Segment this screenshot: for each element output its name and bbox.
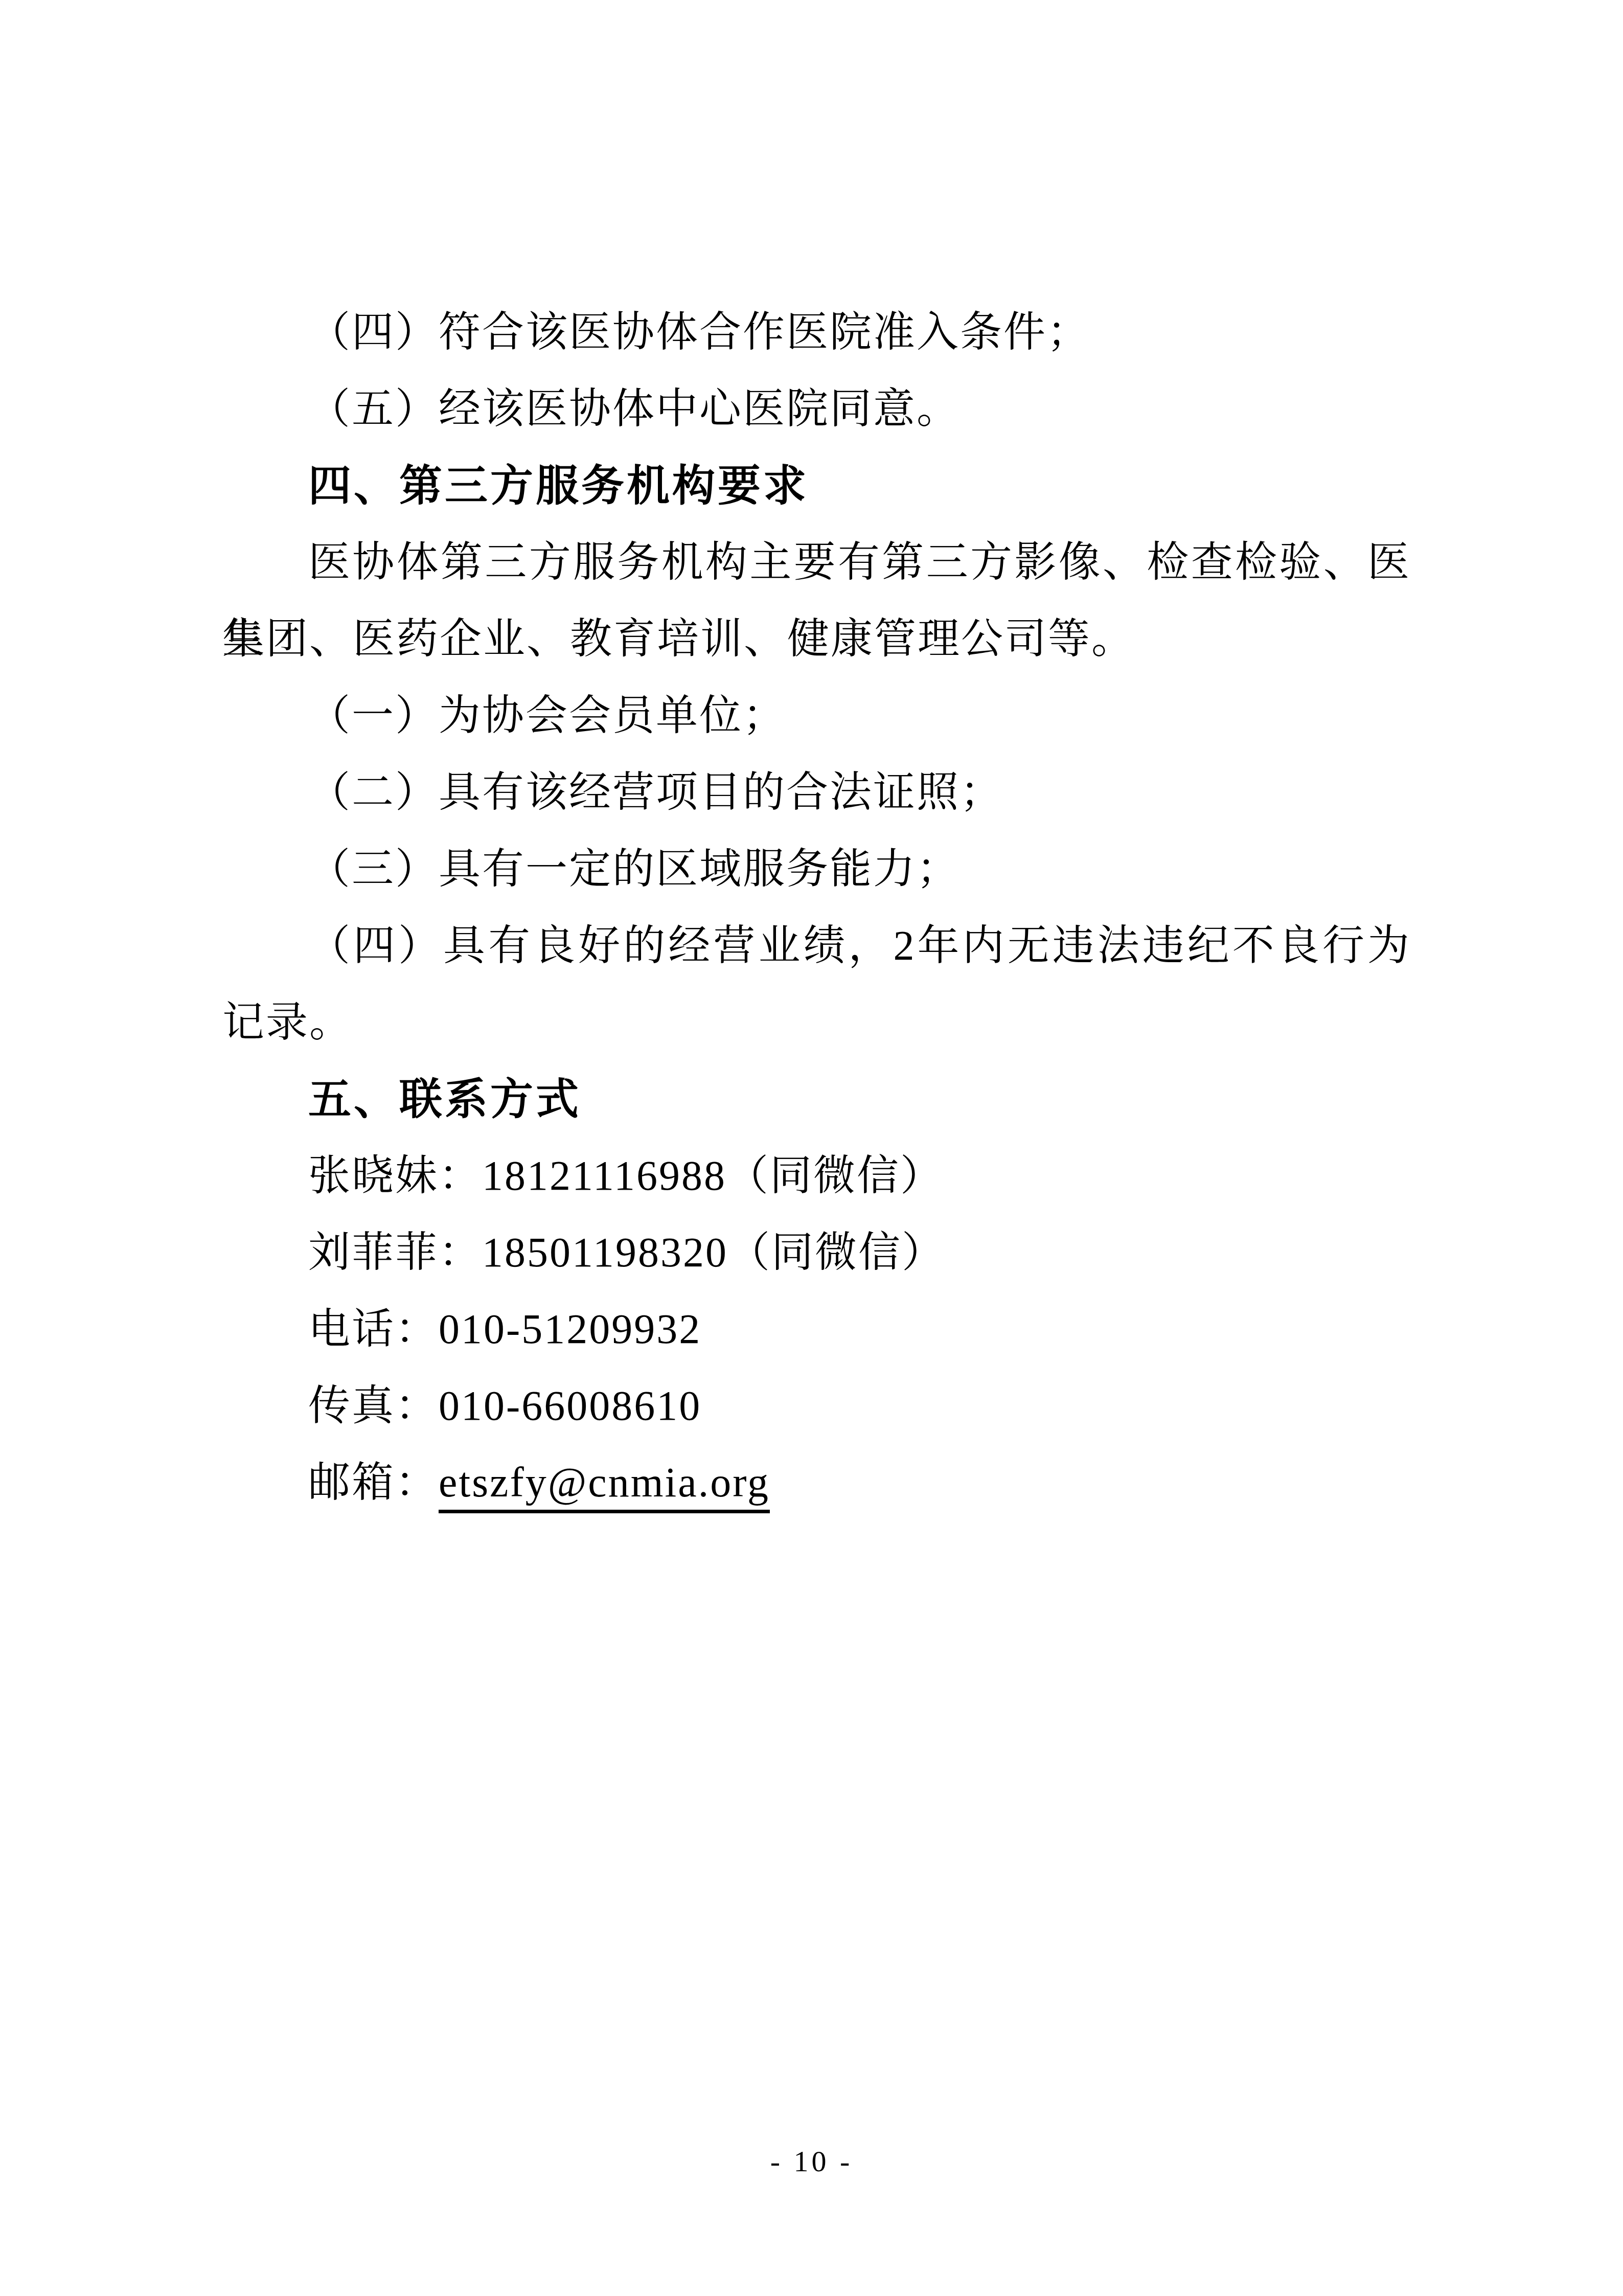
line-text: （四）符合该医协体合作医院准入条件；: [308, 309, 1090, 355]
text-line: 记录。: [222, 984, 1411, 1061]
document-body: （四）符合该医协体合作医院准入条件；（五）经该医协体中心医院同意。四、第三方服务…: [222, 294, 1411, 1521]
line-text: 电话：010-51209932: [308, 1306, 701, 1352]
line-text: 张晓妹：18121116988（同微信）: [308, 1152, 944, 1199]
text-line: 电话：010-51209932: [222, 1291, 1411, 1368]
heading-line: 四、第三方服务机构要求: [222, 447, 1411, 524]
line-text: （三）具有一定的区域服务能力；: [308, 846, 960, 892]
line-text: 集团、医药企业、教育培训、健康管理公司等。: [222, 616, 1135, 662]
text-line: 集团、医药企业、教育培训、健康管理公司等。: [222, 601, 1411, 677]
text-line: （五）经该医协体中心医院同意。: [222, 371, 1411, 447]
text-line: 传真：010-66008610: [222, 1368, 1411, 1444]
line-text: （二）具有该经营项目的合法证照；: [308, 769, 1003, 815]
heading-text: 四、第三方服务机构要求: [308, 462, 809, 510]
text-line: （四）符合该医协体合作医院准入条件；: [222, 294, 1411, 371]
email-link[interactable]: etszfy@cnmia.org: [439, 1459, 770, 1513]
line-text: （五）经该医协体中心医院同意。: [308, 385, 960, 432]
line-text: 邮箱：: [308, 1459, 439, 1506]
text-line: 张晓妹：18121116988（同微信）: [222, 1138, 1411, 1214]
text-line: （二）具有该经营项目的合法证照；: [222, 754, 1411, 831]
heading-text: 五、联系方式: [308, 1075, 581, 1123]
line-text: 传真：010-66008610: [308, 1382, 701, 1429]
line-text: 记录。: [222, 999, 353, 1045]
line-text: 刘菲菲：18501198320（同微信）: [308, 1229, 945, 1276]
text-line: 刘菲菲：18501198320（同微信）: [222, 1214, 1411, 1291]
text-line: （一）为协会会员单位；: [222, 677, 1411, 754]
document-page: （四）符合该医协体合作医院准入条件；（五）经该医协体中心医院同意。四、第三方服务…: [0, 0, 1623, 2296]
page-number: - 10 -: [0, 2131, 1623, 2192]
text-line: 医协体第三方服务机构主要有第三方影像、检查检验、医生: [222, 524, 1411, 601]
line-text: （四）具有良好的经营业绩，2年内无违法违纪不良行为: [308, 922, 1411, 969]
text-line: 邮箱：etszfy@cnmia.org: [222, 1444, 1411, 1521]
heading-line: 五、联系方式: [222, 1061, 1411, 1138]
text-line: （四）具有良好的经营业绩，2年内无违法违纪不良行为: [222, 907, 1411, 984]
line-text: （一）为协会会员单位；: [308, 692, 786, 739]
text-line: （三）具有一定的区域服务能力；: [222, 831, 1411, 907]
